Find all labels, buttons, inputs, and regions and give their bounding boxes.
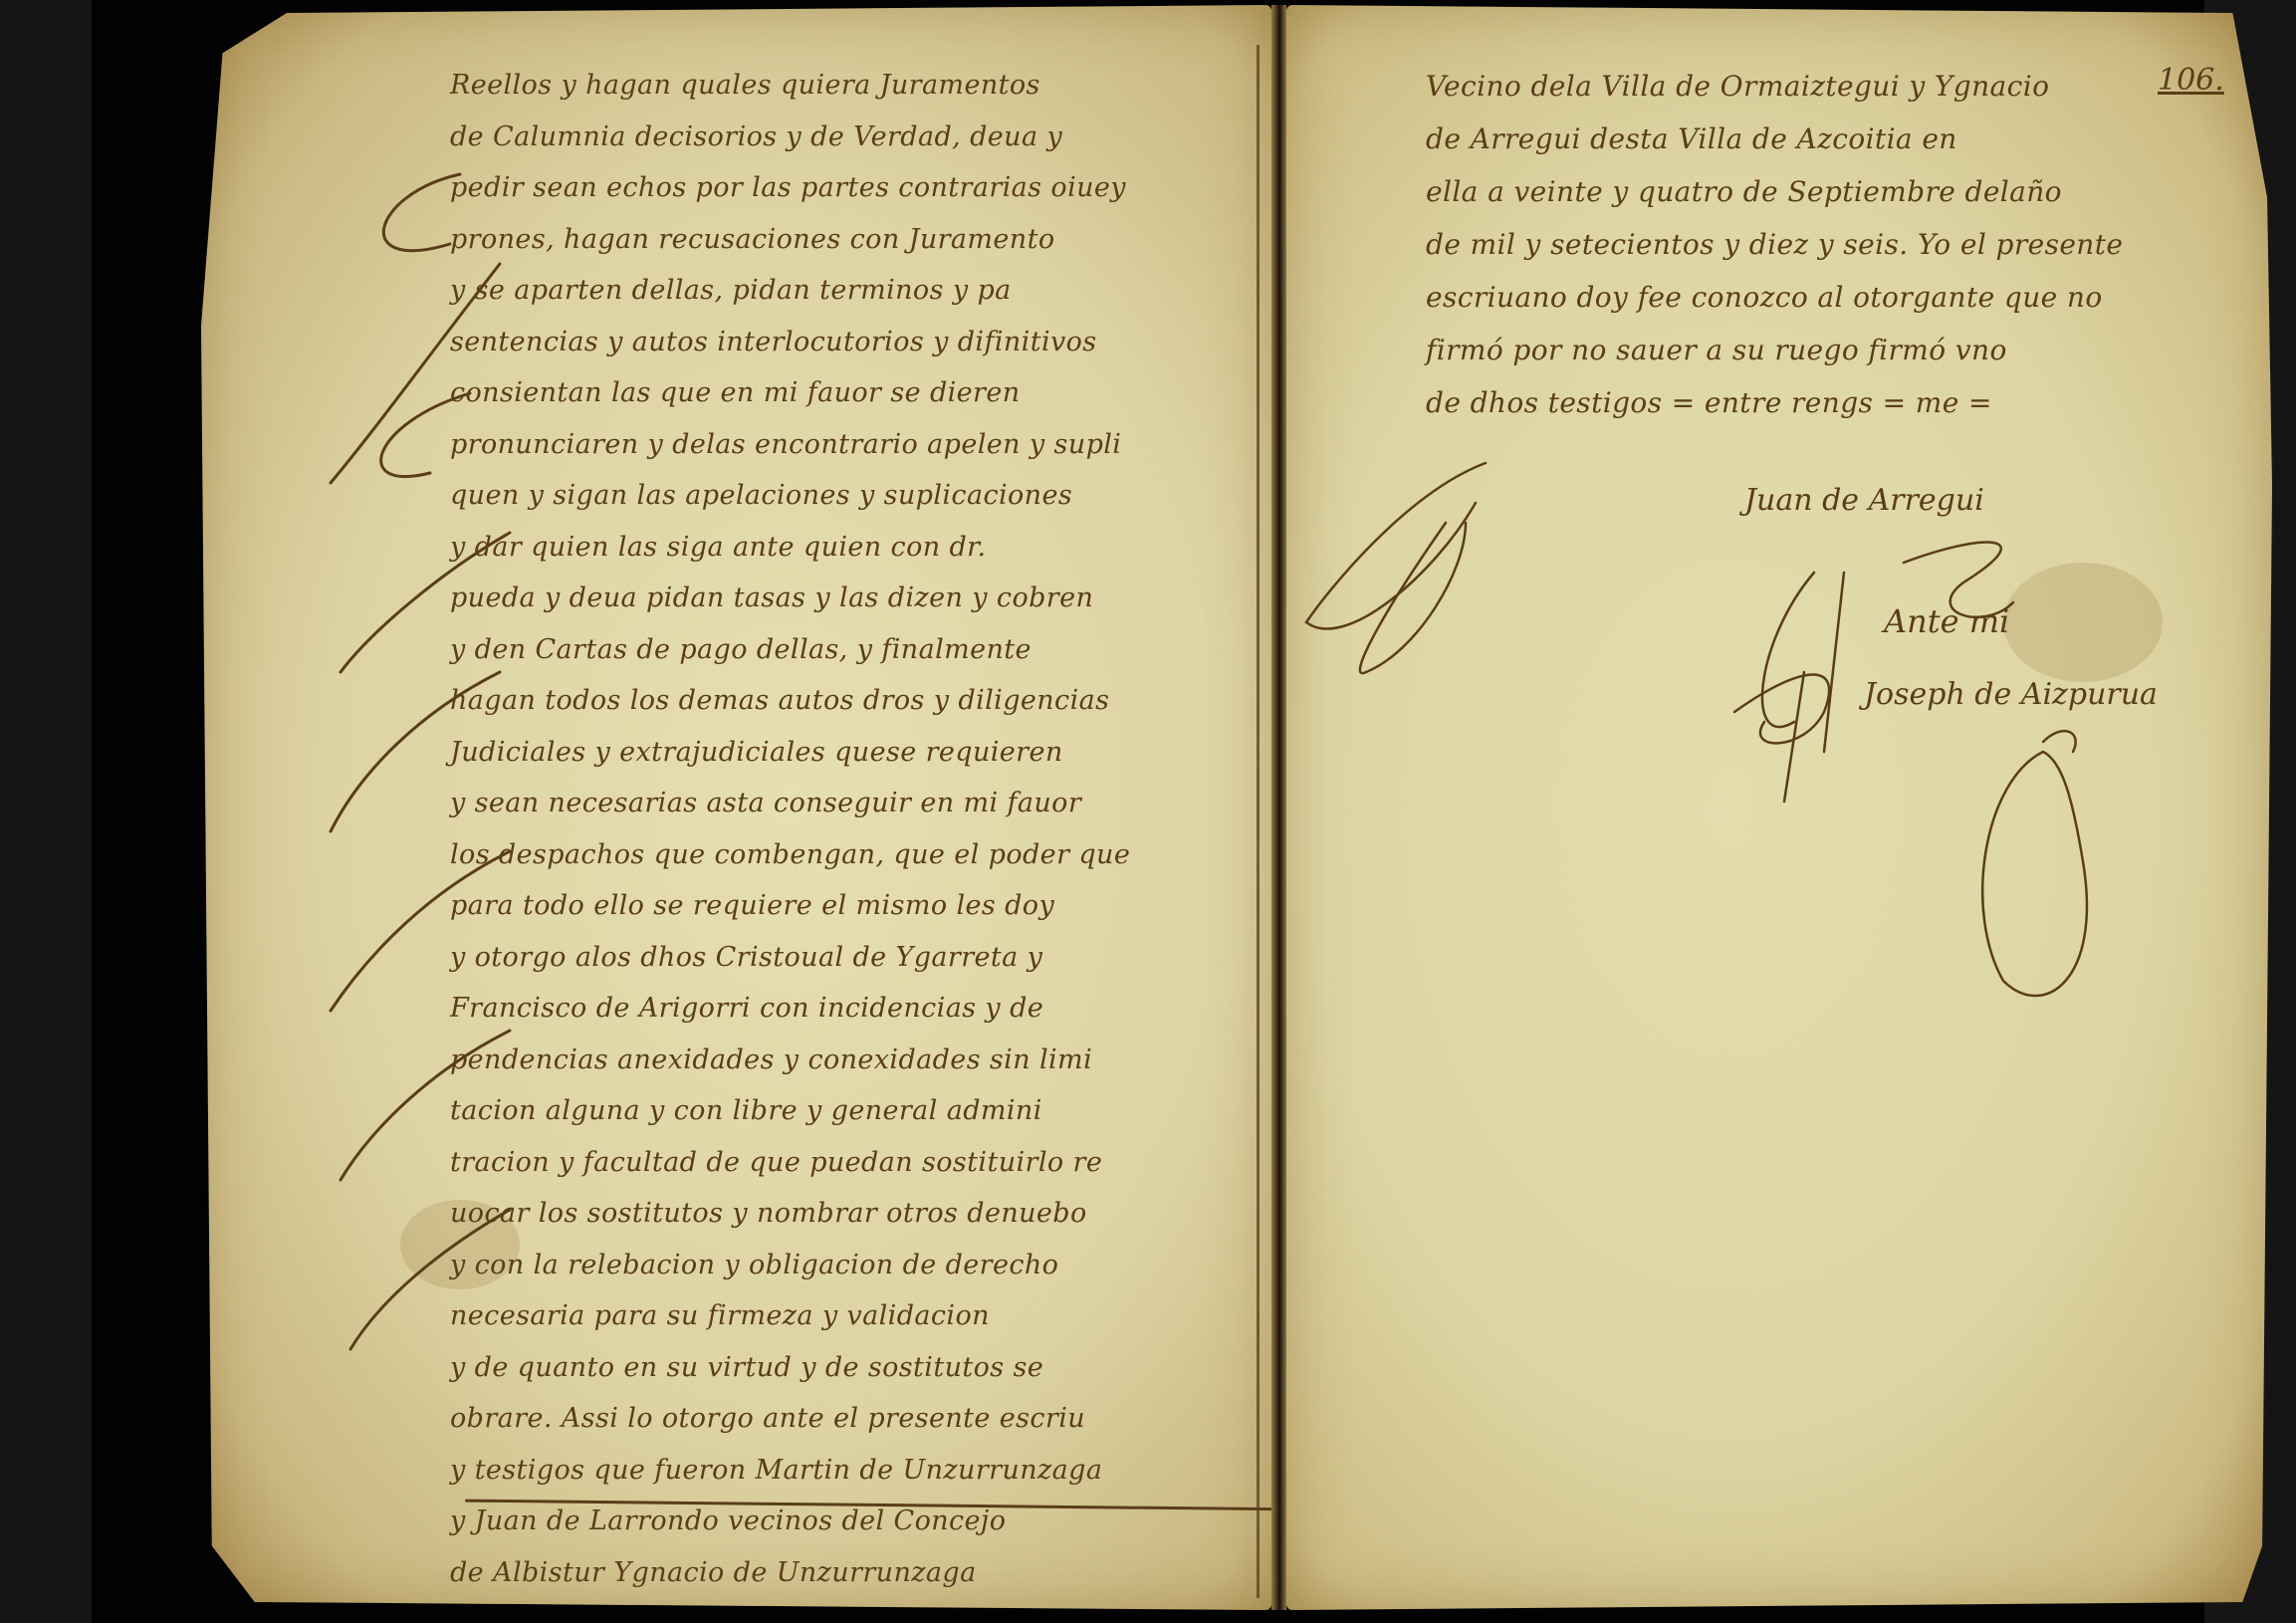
text-line: firmó por no sauer a su ruego firmó vno [1426, 324, 2242, 376]
text-line: hagan todos los demas autos dros y dilig… [450, 675, 1247, 727]
text-line: escriuano doy fee conozco al otorgante q… [1426, 271, 2242, 324]
right-page-text: Vecino dela Villa de Ormaiztegui y Ygnac… [1426, 60, 2242, 429]
text-line: Vecino dela Villa de Ormaiztegui y Ygnac… [1426, 60, 2242, 113]
text-line: pedir sean echos por las partes contrari… [450, 162, 1247, 214]
text-line: y sean necesarias asta conseguir en mi f… [450, 778, 1247, 829]
left-page: Reellos y hagan quales quiera Juramentos… [201, 5, 1271, 1610]
margin-rule [1257, 45, 1260, 1598]
manuscript-spread: Reellos y hagan quales quiera Juramentos… [201, 5, 2272, 1613]
text-line: y dar quien las siga ante quien con dr. [450, 522, 1247, 574]
text-line: pendencias anexidades y conexidades sin … [450, 1035, 1247, 1086]
text-line: sentencias y autos interlocutorios y dif… [450, 317, 1247, 368]
text-line: pueda y deua pidan tasas y las dizen y c… [450, 573, 1247, 624]
text-line: de mil y setecientos y diez y seis. Yo e… [1426, 218, 2242, 271]
left-background-bar [0, 0, 92, 1623]
right-page: 106. y 60-1 Vecino dela Villa de Ormaizt… [1286, 5, 2272, 1610]
text-line: y con la relebacion y obligacion de dere… [450, 1240, 1247, 1291]
text-line: Reellos y hagan quales quiera Juramentos [450, 60, 1247, 112]
text-line: y de quanto en su virtud y de sostitutos… [450, 1342, 1247, 1394]
left-page-text: Reellos y hagan quales quiera Juramentos… [450, 60, 1247, 1598]
text-line: obrare. Assi lo otorgo ante el presente … [450, 1393, 1247, 1445]
text-line: Judiciales y extrajudiciales quese requi… [450, 727, 1247, 779]
text-line: y otorgo alos dhos Cristoual de Ygarreta… [450, 932, 1247, 984]
signature-juan-de-arregui: Juan de Arregui [1744, 483, 1984, 518]
text-line: para todo ello se requiere el mismo les … [450, 880, 1247, 932]
signature-ante-mi: Ante mi [1884, 602, 2009, 640]
signature-joseph-de-aizpurua: Joseph de Aizpurua [1864, 677, 2158, 712]
text-line: tracion y facultad de que puedan sostitu… [450, 1137, 1247, 1189]
scan-area: Reellos y hagan quales quiera Juramentos… [92, 0, 2204, 1623]
text-line: y se aparten dellas, pidan terminos y pa [450, 265, 1247, 317]
text-line: de Albistur Ygnacio de Unzurrunzaga [450, 1547, 1247, 1599]
paper-stain [2003, 563, 2163, 682]
text-line: los despachos que combengan, que el pode… [450, 829, 1247, 881]
text-line: de dhos testigos = entre rengs = me = [1426, 376, 2242, 429]
text-line: de Calumnia decisorios y de Verdad, deua… [450, 112, 1247, 163]
text-line: Francisco de Arigorri con incidencias y … [450, 983, 1247, 1035]
text-line: pronunciaren y delas encontrario apelen … [450, 419, 1247, 471]
text-line: uocar los sostitutos y nombrar otros den… [450, 1188, 1247, 1240]
text-line: de Arregui desta Villa de Azcoitia en [1426, 113, 2242, 165]
text-line: quen y sigan las apelaciones y suplicaci… [450, 470, 1247, 522]
text-line: ella a veinte y quatro de Septiembre del… [1426, 165, 2242, 218]
text-line: prones, hagan recusaciones con Juramento [450, 214, 1247, 266]
book-gutter [1271, 5, 1286, 1610]
text-line: y den Cartas de pago dellas, y finalment… [450, 624, 1247, 676]
text-line: necesaria para su firmeza y validacion [450, 1290, 1247, 1342]
text-line: consientan las que en mi fauor se dieren [450, 367, 1247, 419]
text-line: y testigos que fueron Martin de Unzurrun… [450, 1445, 1247, 1497]
text-line: tacion alguna y con libre y general admi… [450, 1085, 1247, 1137]
